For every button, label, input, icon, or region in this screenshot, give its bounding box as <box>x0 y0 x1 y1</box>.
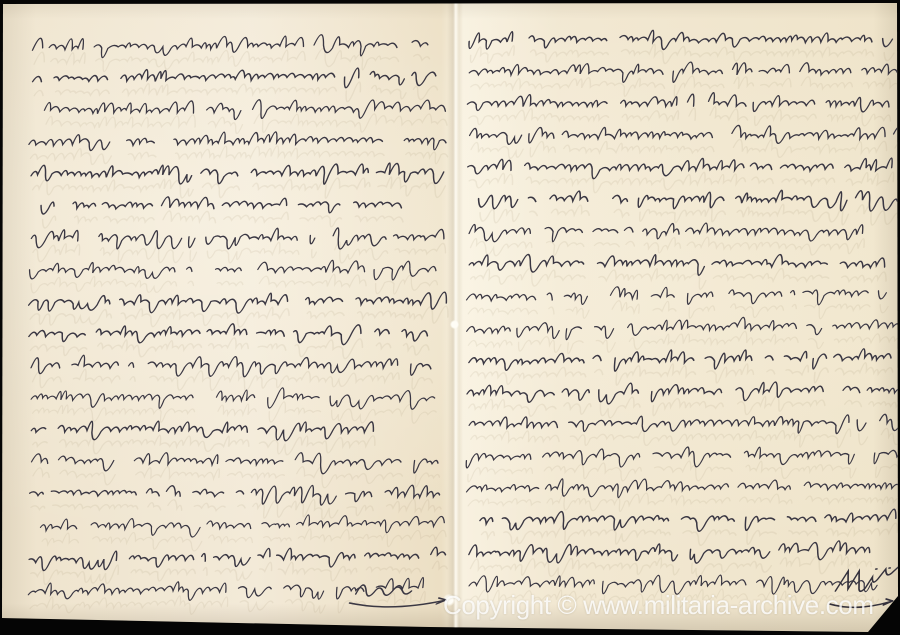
handwriting-line <box>468 432 898 464</box>
handwriting-line <box>34 182 402 214</box>
handwriting-line <box>470 336 890 368</box>
handwriting-line <box>468 144 888 176</box>
handwriting-line <box>32 438 436 470</box>
handwriting-line <box>470 48 898 80</box>
handwriting-line <box>30 470 438 502</box>
catchword-squiggle <box>355 585 413 596</box>
handwriting-line <box>470 400 894 432</box>
handwriting-line <box>32 342 432 374</box>
left-page <box>30 22 440 587</box>
page-fold <box>447 0 463 631</box>
handwriting-line <box>468 496 888 528</box>
right-page <box>468 16 898 586</box>
handwriting-line <box>468 80 898 112</box>
handwriting-line <box>30 534 440 566</box>
handwriting-line <box>470 240 878 272</box>
handwriting-line <box>468 272 884 304</box>
handwriting-line <box>32 406 372 438</box>
handwriting-line <box>34 54 434 86</box>
handwriting-line <box>30 310 422 342</box>
handwriting-line <box>30 502 435 534</box>
signature-i-dots <box>876 568 890 569</box>
handwriting-line <box>30 118 440 150</box>
handwriting-line <box>30 246 430 278</box>
catchword-underline <box>349 598 447 607</box>
handwriting-line <box>470 560 874 592</box>
handwriting-line <box>468 368 898 400</box>
handwriting-line <box>470 16 890 48</box>
handwriting-line <box>30 278 442 310</box>
fold-wear-spot <box>450 320 459 329</box>
signature-squiggle <box>835 567 898 591</box>
paper: Copyright © www.militaria-archive.com <box>0 0 900 635</box>
handwriting-line <box>32 214 440 246</box>
handwriting-line <box>34 22 424 54</box>
handwriting-line <box>470 208 882 240</box>
handwriting-line <box>468 464 896 496</box>
letter-scan: Copyright © www.militaria-archive.com <box>0 0 900 635</box>
watermark-text: Copyright © www.militaria-archive.com <box>443 590 874 621</box>
handwriting-line <box>470 176 894 208</box>
handwriting-line <box>32 374 434 406</box>
handwriting-line <box>470 112 898 144</box>
handwriting-line <box>468 304 896 336</box>
handwriting-line <box>32 150 434 182</box>
handwriting-line <box>470 528 870 560</box>
handwriting-line <box>34 86 442 118</box>
